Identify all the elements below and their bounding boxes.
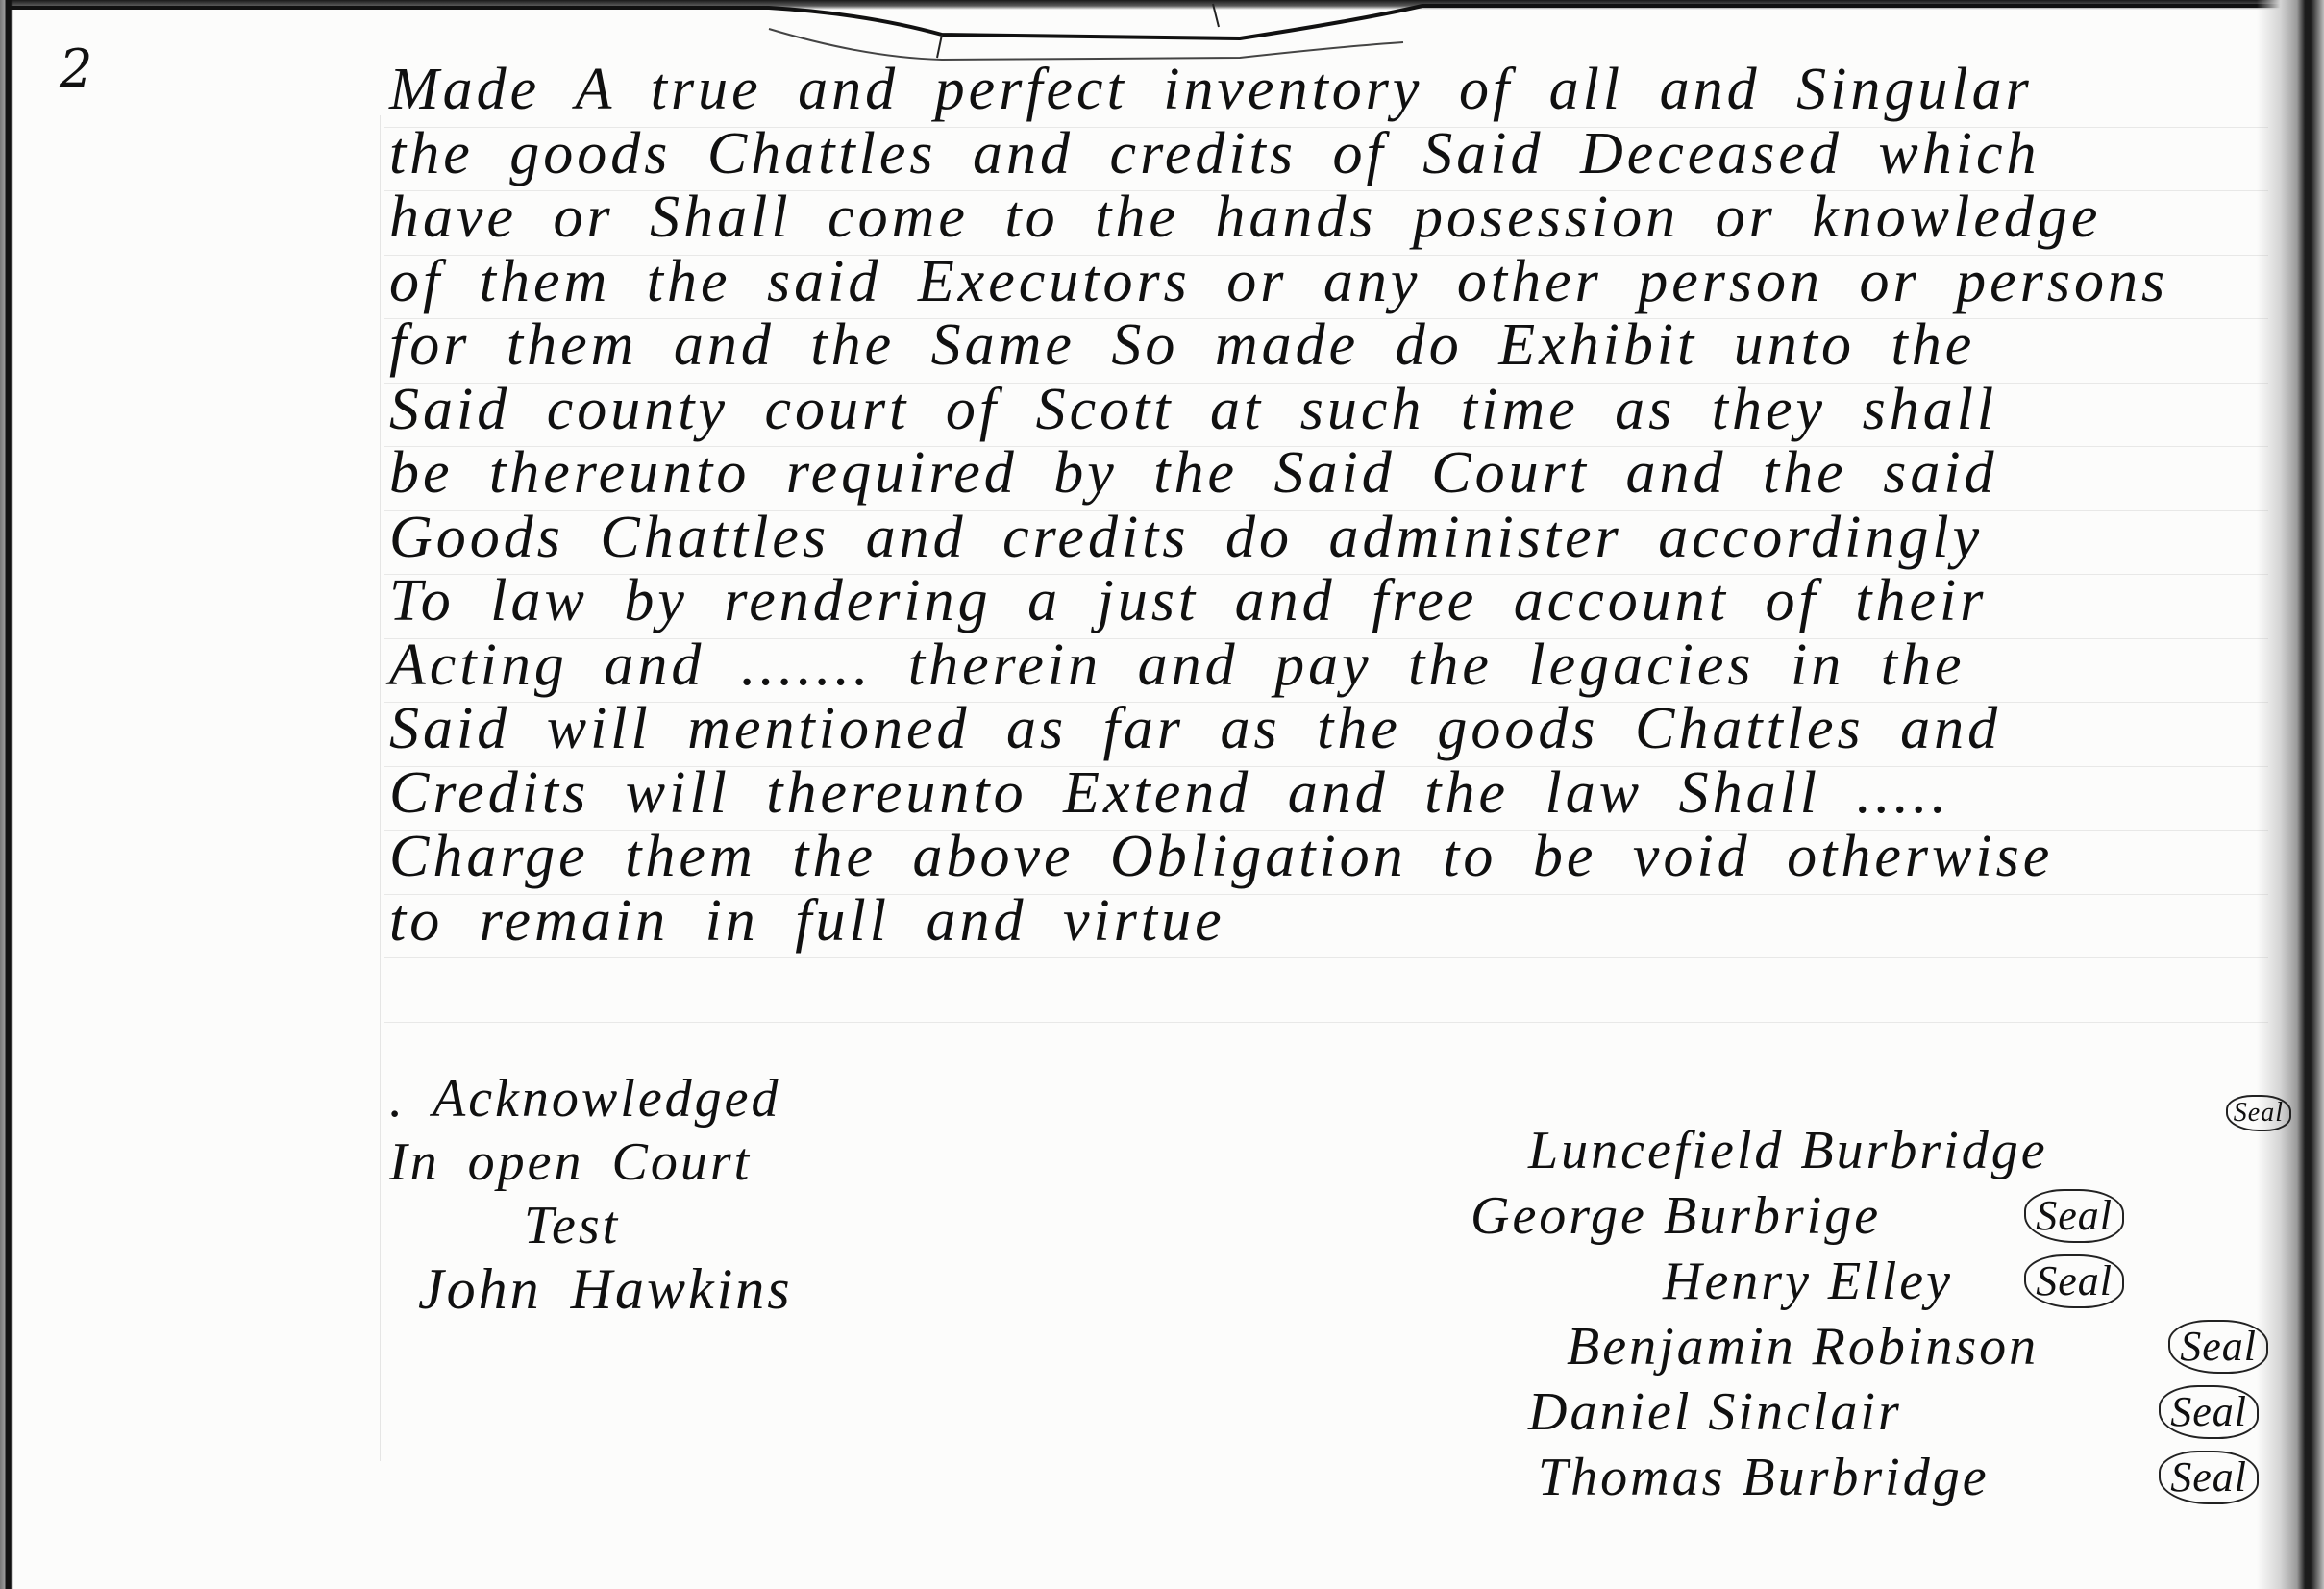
signer-name: George Burbrige (1471, 1185, 1881, 1247)
seal-mark: Seal (2159, 1385, 2259, 1439)
signer-name: Benjamin Robinson (1567, 1316, 2039, 1378)
page-number: 2 (60, 38, 92, 99)
text-line: have or Shall come to the hands posessio… (389, 186, 2273, 250)
text-line: Credits will thereunto Extend and the la… (389, 761, 2273, 826)
text-line: Said county court of Scott at such time … (389, 378, 2273, 442)
signature-row: Henry Elley Seal (1471, 1251, 2297, 1316)
test-label: Test (389, 1194, 793, 1257)
signature-row: Thomas Burbridge Seal (1471, 1447, 2297, 1512)
text-line: Goods Chattles and credits do administer… (389, 506, 2273, 570)
text-line: of them the said Executors or any other … (389, 250, 2273, 314)
signature-row: Luncefield Burbridge Seal (1471, 1120, 2297, 1185)
text-line: Made A true and perfect inventory of all… (389, 58, 2273, 122)
ruled-line (384, 957, 2268, 958)
text-line: To law by rendering a just and free acco… (389, 569, 2273, 633)
text-line: to remain in full and virtue (389, 889, 2273, 954)
signer-name: Henry Elley (1663, 1251, 1953, 1312)
handwritten-body: Made A true and perfect inventory of all… (389, 58, 2273, 953)
text-line: the goods Chattles and credits of Said D… (389, 122, 2273, 186)
ruled-line (384, 1022, 2268, 1023)
scanned-document-page: 2 Made A true and perfect inventory of a… (0, 0, 2324, 1589)
signature-row: Daniel Sinclair Seal (1471, 1381, 2297, 1447)
signer-name: Daniel Sinclair (1528, 1381, 1902, 1443)
in-open-court-label: In open Court (389, 1130, 793, 1194)
seal-mark: Seal (2168, 1320, 2268, 1374)
text-line: Charge them the above Obligation to be v… (389, 825, 2273, 889)
signer-name: Thomas Burbridge (1538, 1447, 1990, 1508)
seal-mark: Seal (2024, 1254, 2124, 1308)
margin-line (380, 115, 381, 1461)
text-line: Acting and ....... therein and pay the l… (389, 633, 2273, 698)
seal-mark: Seal (2226, 1095, 2291, 1131)
signature-row: Benjamin Robinson Seal (1471, 1316, 2297, 1381)
text-line: for them and the Same So made do Exhibit… (389, 313, 2273, 378)
scan-left-edge (0, 0, 13, 1589)
signature-row: George Burbrige Seal (1471, 1185, 2297, 1251)
acknowledged-label: . Acknowledged (389, 1067, 793, 1130)
signer-name: Luncefield Burbridge (1528, 1120, 2048, 1181)
seal-mark: Seal (2159, 1451, 2259, 1504)
seal-mark: Seal (2024, 1189, 2124, 1243)
text-line: Said will mentioned as far as the goods … (389, 697, 2273, 761)
signature-block: Luncefield Burbridge Seal George Burbrig… (1471, 1120, 2297, 1512)
acknowledgement-block: . Acknowledged In open Court Test John H… (389, 1067, 793, 1321)
text-line: be thereunto required by the Said Court … (389, 441, 2273, 506)
clerk-signature: John Hawkins (389, 1257, 793, 1321)
